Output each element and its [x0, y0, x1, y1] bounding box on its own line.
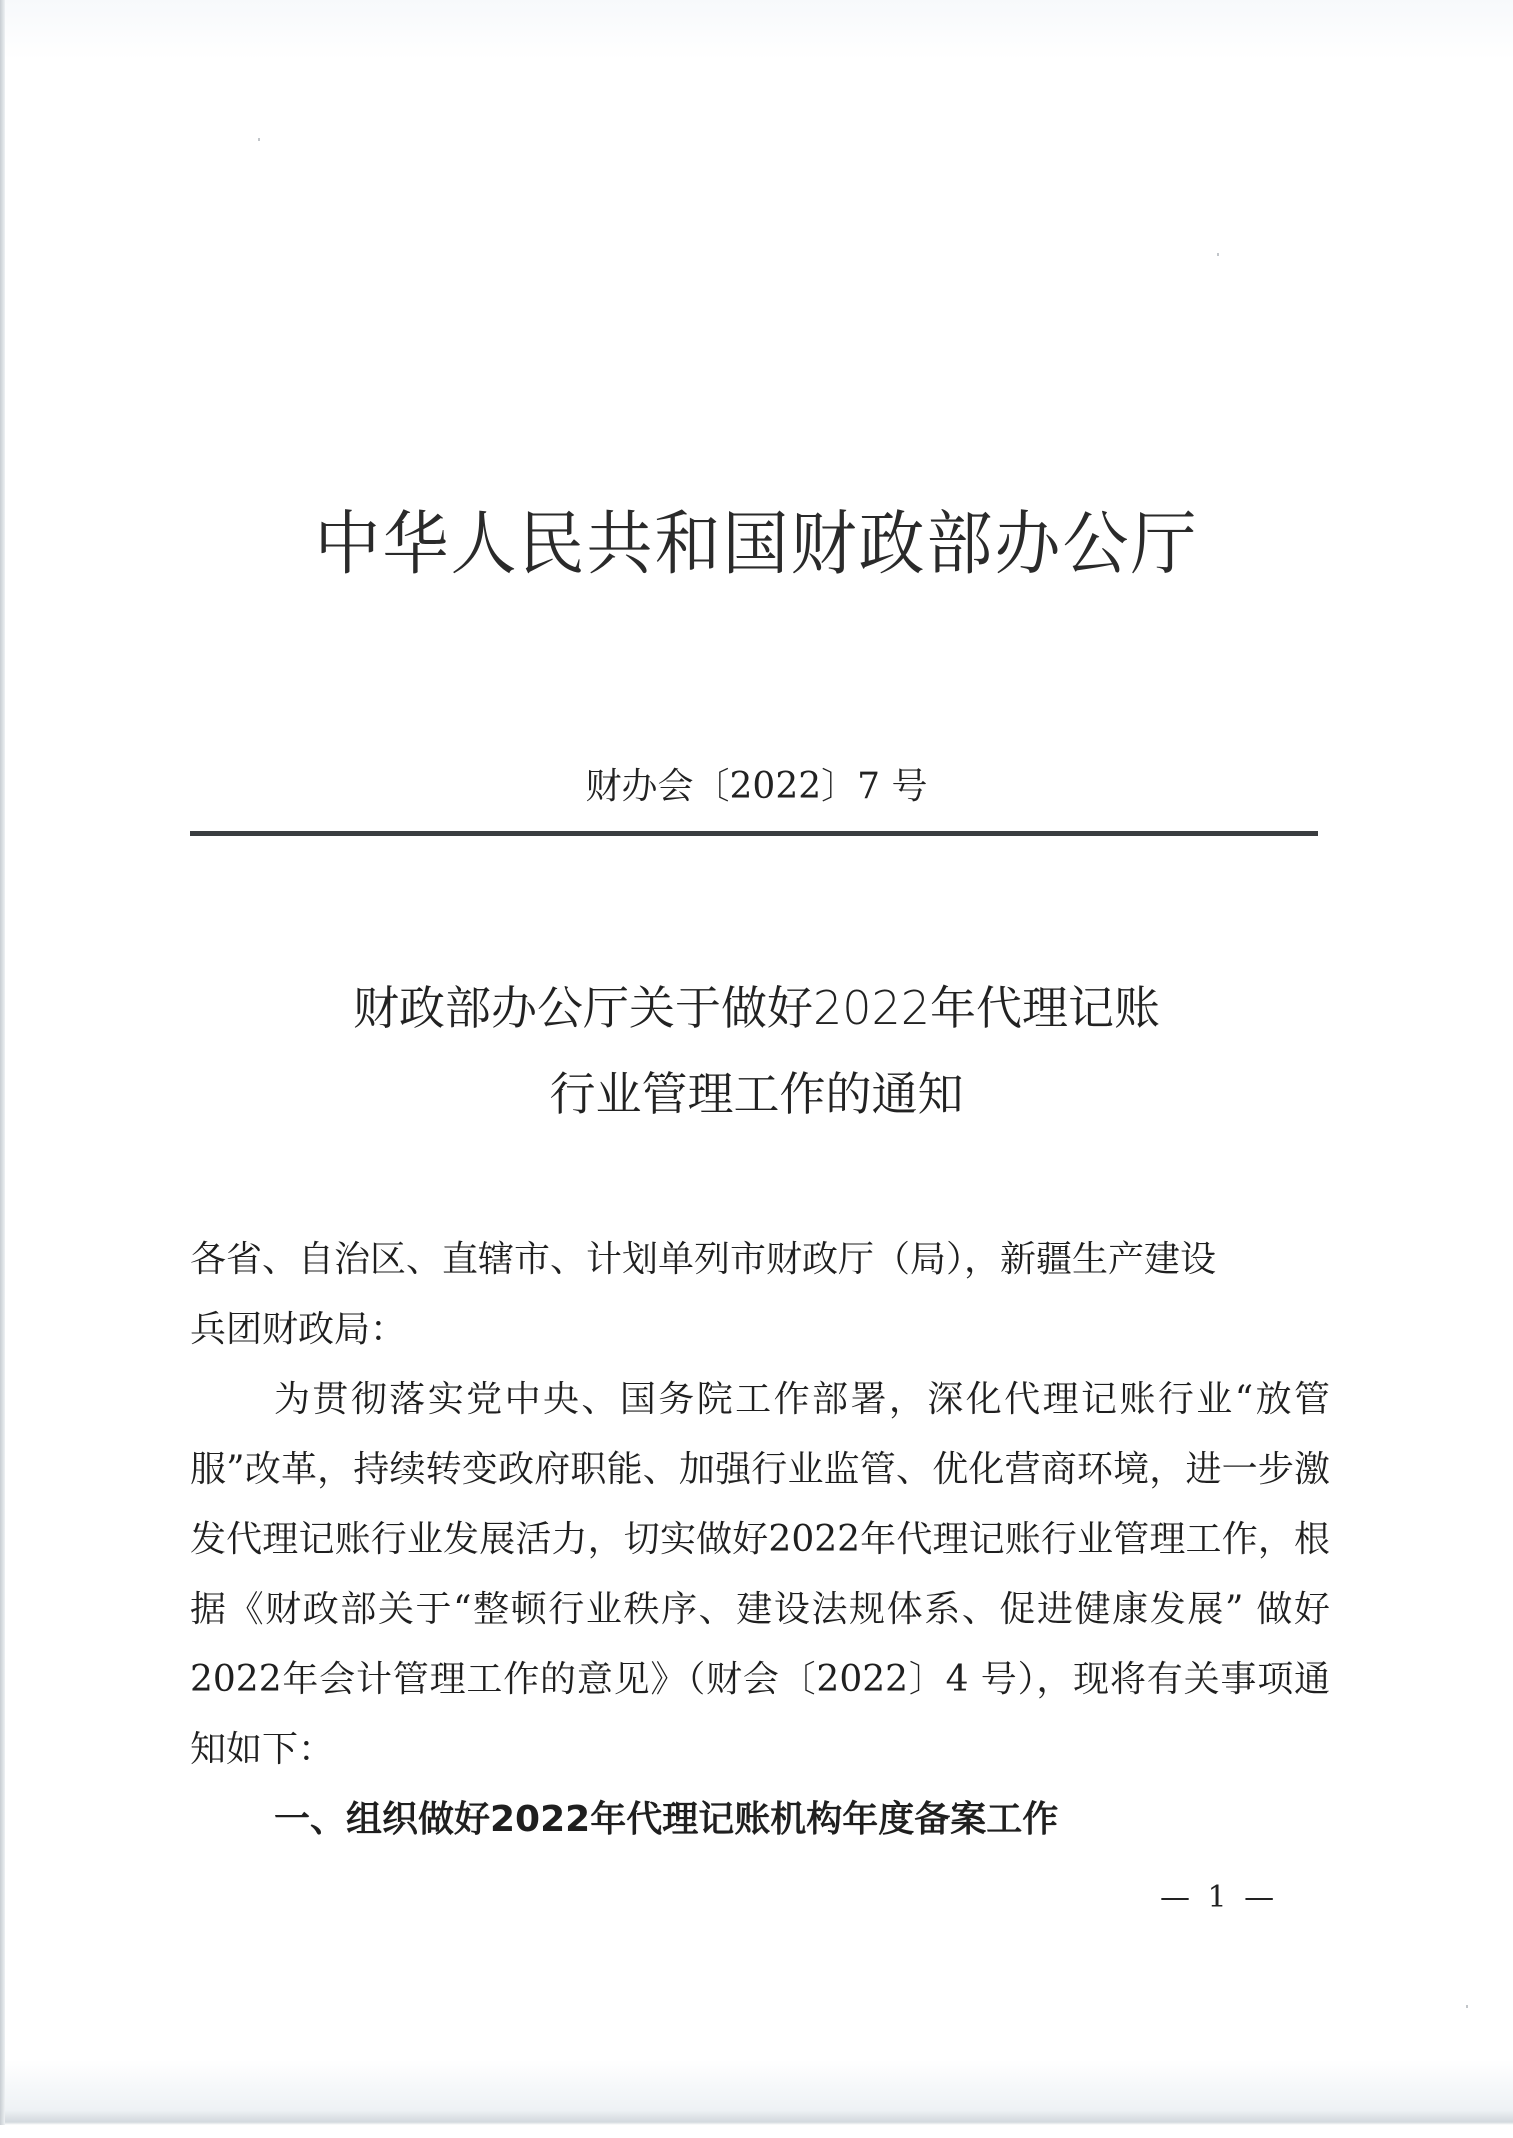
page-number: — 1 —	[1160, 1880, 1278, 1915]
scan-speck	[258, 138, 260, 141]
section-heading-1: 一、组织做好2022年代理记账机构年度备案工作	[190, 1785, 1330, 1855]
document-body: 各省、自治区、直辖市、计划单列市财政厅（局），新疆生产建设 兵团财政局： 为贯彻…	[190, 1225, 1330, 1855]
header-divider-rule	[190, 831, 1318, 836]
addressee-line-1: 各省、自治区、直辖市、计划单列市财政厅（局），新疆生产建设	[190, 1239, 1216, 1280]
scan-speck	[1466, 2005, 1468, 2008]
document-number: 财办会〔2022〕7 号	[0, 758, 1513, 809]
scanned-page: 中华人民共和国财政部办公厅 财办会〔2022〕7 号 财政部办公厅关于做好202…	[0, 0, 1513, 2138]
issuer-header: 中华人民共和国财政部办公厅	[0, 488, 1513, 588]
title-line-2: 行业管理工作的通知	[0, 1051, 1513, 1137]
addressee: 各省、自治区、直辖市、计划单列市财政厅（局），新疆生产建设 兵团财政局：	[190, 1225, 1330, 1365]
scan-speck	[1217, 253, 1219, 256]
body-paragraph: 为贯彻落实党中央、国务院工作部署，深化代理记账行业“放管服”改革，持续转变政府职…	[190, 1365, 1330, 1785]
title-line-1: 财政部办公厅关于做好2022年代理记账	[0, 965, 1513, 1051]
addressee-line-2: 兵团财政局：	[190, 1309, 406, 1350]
document-title: 财政部办公厅关于做好2022年代理记账 行业管理工作的通知	[0, 965, 1513, 1137]
